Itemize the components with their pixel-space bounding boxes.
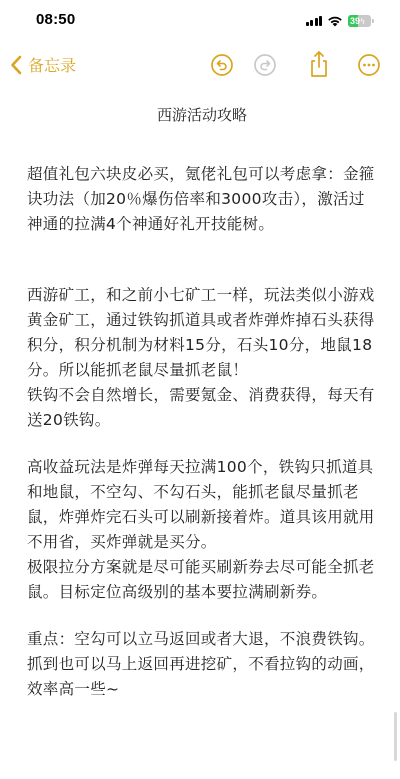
blank-line — [27, 433, 377, 455]
note-paragraph: 西游矿工，和之前小七矿工一样，玩法类似小游戏黄金矿工，通过铁钩抓道具或者炸弹炸掉… — [27, 283, 377, 383]
wifi-icon — [327, 15, 343, 27]
back-label: 备忘录 — [28, 53, 76, 76]
battery-icon: 39 ϟ — [348, 15, 374, 27]
undo-icon[interactable] — [210, 53, 234, 77]
note-paragraph: 铁钩不会自然增长，需要氪金、消费获得，每天有送20铁钩。 — [27, 383, 377, 433]
nav-bar: 备忘录 — [0, 44, 400, 88]
charging-bolt-icon: ϟ — [360, 17, 365, 26]
note-paragraph: 超值礼包六块皮必买，氪佬礼包可以考虑拿：金箍诀功法（加20％爆伤倍率和3000攻… — [27, 162, 377, 237]
back-button[interactable]: 备忘录 — [10, 53, 76, 76]
note-paragraph: 极限拉分方案就是尽可能买刷新券去尽可能全抓老鼠。目标定位高级别的基本要拉满刷新券… — [27, 555, 377, 605]
redo-icon[interactable] — [253, 53, 277, 77]
battery-percent: 39 — [348, 16, 360, 26]
chevron-left-icon — [10, 55, 22, 75]
blank-line — [27, 605, 377, 627]
vertical-scrollbar[interactable] — [394, 712, 397, 761]
cellular-signal-icon — [306, 16, 323, 26]
note-paragraph: 重点：空勾可以立马返回或者大退，不浪费铁钩。抓到也可以马上返回再进挖矿，不看拉钩… — [27, 627, 377, 702]
status-bar: 08:50 39 ϟ — [0, 0, 400, 44]
status-time: 08:50 — [36, 11, 75, 28]
note-paragraph: 高收益玩法是炸弹每天拉满100个，铁钩只抓道具和地鼠，不空勾、不勾石头，能抓老鼠… — [27, 455, 377, 555]
note-body[interactable]: 西游活动攻略 超值礼包六块皮必买，氪佬礼包可以考虑拿：金箍诀功法（加20％爆伤倍… — [27, 100, 377, 702]
note-title: 西游活动攻略 — [27, 100, 377, 130]
share-icon[interactable] — [307, 50, 331, 78]
more-icon[interactable] — [357, 53, 381, 77]
status-icons: 39 ϟ — [306, 15, 375, 27]
blank-line — [27, 237, 377, 283]
